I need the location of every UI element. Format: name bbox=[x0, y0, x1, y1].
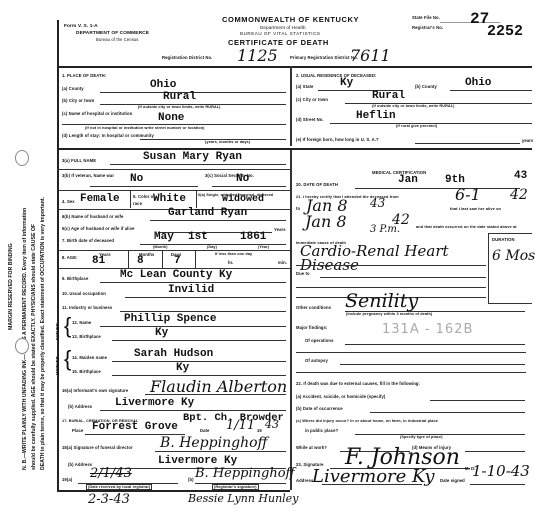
age-years-value: 81 bbox=[92, 255, 105, 267]
autopsy-label: Of autopsy bbox=[305, 358, 328, 363]
sex-value: Female bbox=[80, 193, 120, 205]
informant-address-label: (b) Address bbox=[68, 404, 92, 409]
bottom-date: 2-3-43 bbox=[88, 492, 130, 507]
res-street-value: Heflin bbox=[356, 110, 396, 122]
res-foreign-unit: years bbox=[522, 138, 533, 143]
bureau-vital-label: BUREAU OF VITAL STATISTICS bbox=[240, 31, 320, 36]
mother-brace: { bbox=[64, 348, 71, 370]
hospital-hint: (If not in hospital or institution write… bbox=[85, 126, 205, 130]
father-tag: FATHER bbox=[55, 323, 60, 340]
operation-label: Of operations bbox=[305, 338, 334, 343]
place-of-death-label: 1. PLACE OF DEATH: bbox=[62, 73, 106, 78]
margin-reserved-text: MARGIN RESERVED FOR BINDING bbox=[8, 243, 15, 330]
ssn-value: No bbox=[236, 173, 249, 185]
burial-date-label: Date bbox=[200, 428, 209, 433]
age-div-1 bbox=[128, 250, 129, 268]
res-city-label: (c) City or town bbox=[296, 97, 328, 102]
binding-hole-top bbox=[15, 150, 29, 166]
external-cause-label: 22. If death was due to external causes,… bbox=[296, 381, 420, 386]
due-to-line bbox=[320, 277, 486, 278]
form-top-rule bbox=[57, 66, 532, 68]
burial-year-prefix: 19 bbox=[257, 428, 262, 433]
res-city-hint: (If outside city or town limits, write R… bbox=[372, 104, 455, 108]
burial-place-label: Place bbox=[72, 428, 83, 433]
stay-label: (d) Length of stay: In hospital or commu… bbox=[62, 133, 154, 138]
mother-name-label: 14. Maiden name bbox=[72, 355, 107, 360]
less-day-label: If less than one day bbox=[215, 252, 252, 256]
birthplace-line bbox=[100, 282, 286, 283]
full-name-value: Susan Mary Ryan bbox=[143, 151, 242, 163]
section-divider bbox=[57, 148, 532, 150]
death-occurred-label: and that death occurred on the date stat… bbox=[296, 223, 536, 231]
form-number: Form V. S. 1-A bbox=[64, 24, 98, 29]
place-type-hint: (Specify type of place) bbox=[400, 435, 443, 439]
birth-day-value: 1st bbox=[188, 231, 208, 243]
res-foreign-line bbox=[415, 143, 520, 144]
to-label: to bbox=[296, 206, 300, 211]
at-work-label: While at work? bbox=[296, 445, 327, 450]
father-birthplace-value: Ky bbox=[155, 327, 168, 339]
director-label: 18(a) Signature of funeral director bbox=[62, 445, 133, 450]
birth-year-value: 1861 bbox=[240, 231, 266, 243]
operation-line bbox=[345, 344, 525, 345]
spouse-line bbox=[150, 220, 286, 221]
state-file-label: State File No. bbox=[412, 15, 440, 20]
attended-from-year: 42 bbox=[510, 187, 528, 203]
spouse-value: Garland Ryan bbox=[168, 207, 247, 219]
father-name-label: 12. Name bbox=[72, 320, 91, 325]
duration-box-left bbox=[488, 233, 489, 303]
birth-label: 7. Birth date of deceased bbox=[62, 238, 114, 243]
registrar-label: Registrar's No. bbox=[412, 25, 443, 30]
means-line bbox=[465, 451, 525, 452]
mother-birthplace-value: Ky bbox=[176, 362, 189, 374]
where-label: (c) Where did injury occur? In or about … bbox=[296, 418, 438, 423]
received-date: 2/1/43 bbox=[90, 466, 132, 481]
other-conditions-label: Other conditions bbox=[296, 305, 331, 310]
mother-name-line bbox=[112, 361, 286, 362]
city-hint: (If outside city or town limits, write R… bbox=[138, 105, 221, 109]
other-hint: (Include pregnancy within 3 months of de… bbox=[346, 312, 432, 316]
marital-value: Widowed bbox=[222, 194, 264, 205]
birth-day-hint: (Day) bbox=[207, 245, 217, 249]
attended-from-value: 6-1 bbox=[455, 185, 481, 204]
margin-instruction-2: should be carefully supplied. AGE should… bbox=[31, 224, 38, 470]
informant-address-line bbox=[100, 410, 286, 411]
date-signed-value: 1-10-43 bbox=[472, 462, 530, 480]
death-year-value: 43 bbox=[514, 170, 527, 182]
physician-address-label: Address bbox=[296, 478, 313, 483]
column-divider-top bbox=[290, 66, 292, 146]
residence-label: 2. USUAL RESIDENCE OF DECEASED: bbox=[296, 73, 377, 78]
registrar-value: 2252 bbox=[487, 23, 523, 40]
birth-month-value: May bbox=[154, 231, 174, 243]
birth-divider bbox=[57, 250, 290, 251]
industry-label: 11. Industry or business bbox=[62, 305, 112, 310]
operation-line-2 bbox=[296, 352, 526, 353]
duration-label: DURATION bbox=[492, 237, 515, 242]
full-name-line bbox=[110, 164, 286, 165]
registrar-signature: B. Heppinghoff bbox=[195, 466, 295, 481]
occurrence-line bbox=[370, 412, 525, 413]
cause-line-2 bbox=[296, 287, 486, 288]
occupation-value: Invilid bbox=[168, 284, 214, 296]
duration-value: 6 Mos bbox=[492, 248, 535, 264]
res-state-label: (a) State bbox=[296, 84, 313, 89]
autopsy-line bbox=[340, 364, 525, 365]
bottom-signature: Bessie Lynn Hunley bbox=[188, 492, 298, 505]
hospital-label: (c) Name of hospital or institution bbox=[62, 111, 132, 116]
age-div-3 bbox=[195, 250, 196, 268]
occurrence-label: (b) Date of occurrence bbox=[296, 406, 343, 411]
accident-label: (a) Accident, suicide, or homicide (spec… bbox=[296, 394, 385, 399]
director-address-label: (b) Address bbox=[68, 462, 92, 467]
res-street-label: (d) Street No. bbox=[296, 117, 324, 122]
age-div-2 bbox=[162, 250, 163, 268]
age-label: 8. AGE: bbox=[62, 255, 78, 260]
spouse-label: 6(b) Name of husband or wife bbox=[62, 214, 123, 219]
father-birthplace-line bbox=[112, 340, 286, 341]
mother-name-value: Sarah Hudson bbox=[134, 348, 213, 360]
res-county-value: Ohio bbox=[465, 77, 491, 89]
informant-address-value: Livermore Ky bbox=[115, 397, 194, 409]
informant-signature: Flaudin Alberton bbox=[150, 377, 287, 396]
mother-birthplace-label: 15. Birthplace bbox=[72, 369, 101, 374]
sex-label: 4. Sex bbox=[62, 199, 75, 204]
full-name-label: 3(a) FULL NAME bbox=[62, 158, 96, 163]
spouse-age-label: 6(c) Age of husband or wife if alive bbox=[62, 226, 135, 231]
age-days-value: 7 bbox=[174, 255, 181, 267]
father-name-line bbox=[100, 326, 286, 327]
cause-line-1 bbox=[296, 265, 486, 266]
father-name-value: Phillip Spence bbox=[124, 313, 216, 325]
hospital-line bbox=[62, 124, 286, 125]
industry-line bbox=[120, 311, 286, 312]
father-brace: { bbox=[64, 315, 71, 337]
death-city-value: Rural bbox=[163, 91, 196, 103]
physician-address-value: Livermore Ky bbox=[312, 466, 434, 487]
dept-health-label: Department of Health bbox=[260, 25, 306, 30]
duration-box-bottom bbox=[488, 303, 532, 304]
registrar-sig-label: (b) bbox=[188, 477, 194, 482]
commonwealth-title: COMMONWEALTH OF KENTUCKY bbox=[222, 15, 359, 24]
ssn-line bbox=[212, 186, 286, 187]
duration-box-top bbox=[488, 233, 532, 234]
binding-hole-bottom bbox=[15, 338, 29, 354]
birthplace-label: 9. Birthplace bbox=[62, 276, 88, 281]
burial-year-value: 43 bbox=[265, 418, 279, 431]
date-of-death-label: 20. DATE OF DEATH bbox=[296, 182, 338, 187]
attended-to-year: 43 bbox=[370, 196, 385, 210]
county-label: (a) County bbox=[62, 86, 84, 91]
informant-sig-label: 16(a) Informant's own signature bbox=[62, 388, 128, 393]
birth-year-hint: (Year) bbox=[258, 245, 269, 249]
department-label: DEPARTMENT OF COMMERCE bbox=[76, 31, 149, 36]
color-value: White bbox=[153, 193, 186, 205]
veteran-label: 3(b) If veteran, Name war bbox=[62, 172, 122, 180]
min-label: min. bbox=[278, 260, 287, 265]
column-divider-main bbox=[290, 150, 292, 490]
spouse-age-unit: Years bbox=[274, 227, 286, 232]
res-street-hint: (If rural give precinct) bbox=[396, 124, 437, 128]
due-to-label: Due to bbox=[296, 271, 310, 276]
stay-hint: (years, months or days) bbox=[205, 140, 250, 144]
burial-place-value: Forrest Grove bbox=[92, 421, 178, 433]
burial-date-value: 1/11 bbox=[226, 418, 255, 433]
date-signed-label: Date signed bbox=[440, 478, 465, 483]
mother-birthplace-line bbox=[112, 375, 286, 376]
death-county-value: Ohio bbox=[150, 79, 176, 91]
occupation-line bbox=[125, 297, 286, 298]
primary-district-value: 7611 bbox=[350, 46, 391, 65]
sex-divider bbox=[130, 190, 131, 208]
age-months-value: 8 bbox=[137, 255, 144, 267]
major-findings-label: Major findings: bbox=[296, 325, 328, 330]
res-city-value: Rural bbox=[372, 90, 405, 102]
res-foreign-label: (e) If foreign born, how long in U. S. A… bbox=[296, 137, 379, 142]
veteran-line bbox=[90, 186, 198, 187]
date-signed-line bbox=[470, 484, 525, 485]
ssn-label: 3(c) Social Security No. bbox=[205, 172, 265, 180]
father-birthplace-label: 13. Birthplace bbox=[72, 334, 101, 339]
last-saw-label: that I last saw her alive on bbox=[450, 206, 501, 211]
received-label: 19(a) bbox=[62, 477, 72, 482]
director-signature: B. Heppinghoff bbox=[160, 435, 267, 451]
death-month-value: Jan bbox=[398, 174, 418, 186]
mother-tag: MOTHER bbox=[55, 356, 60, 375]
director-line bbox=[155, 451, 286, 452]
color-divider bbox=[196, 190, 197, 208]
other-conditions-value: Senility bbox=[345, 290, 418, 312]
hr-label: hr. bbox=[228, 260, 233, 265]
classification-code: 131A - 162B bbox=[382, 322, 473, 337]
reg-district-value: 1125 bbox=[237, 46, 278, 65]
veteran-value: No bbox=[130, 173, 143, 185]
margin-instruction-3: DEATH in plain terms, so that it may be … bbox=[40, 197, 47, 470]
immediate-cause-value: Cardio-Renal Heart Disease bbox=[300, 244, 480, 272]
date-of-death-line bbox=[355, 188, 520, 189]
primary-district-label: Primary Registration District No. bbox=[290, 55, 358, 60]
city-label: (b) City or town bbox=[62, 98, 94, 103]
birthplace-value: Mc Lean County Ky bbox=[120, 269, 232, 281]
name-divider bbox=[57, 169, 290, 170]
birth-month-hint: (Month) bbox=[153, 245, 168, 249]
occupation-label: 10. Usual occupation bbox=[62, 291, 106, 296]
res-county-line bbox=[450, 90, 532, 91]
autopsy-line-2 bbox=[296, 372, 526, 373]
public-place-label: in public place? bbox=[305, 428, 338, 433]
veteran-divider bbox=[57, 190, 290, 191]
form-left-border bbox=[57, 20, 59, 490]
res-state-value: Ky bbox=[340, 77, 353, 89]
death-time-value: 3 P.m. bbox=[370, 224, 400, 235]
hospital-value: None bbox=[158, 112, 184, 124]
accident-line bbox=[430, 400, 525, 401]
bureau-label: Bureau of the Census bbox=[96, 37, 139, 42]
reg-district-label: Registration District No. bbox=[162, 55, 212, 60]
res-county-label: (b) County bbox=[415, 84, 437, 89]
